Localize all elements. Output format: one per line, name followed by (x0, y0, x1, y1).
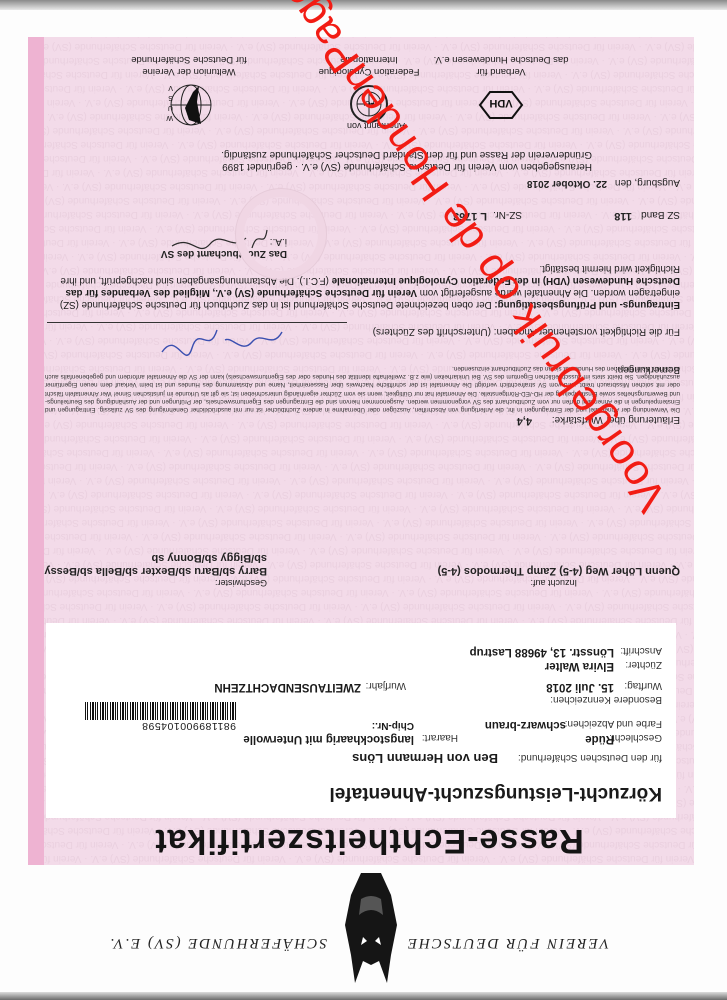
sz-band-value: 118 (614, 210, 632, 222)
whelp-date-label: Wurftag: (624, 680, 662, 691)
wusv-caption-line-2: für Deutsche Schäferhunde (94, 53, 284, 65)
siblings-line-2: sb/Biggy sb/Bonny sb (151, 552, 267, 564)
color-value: schwarz-braun (485, 719, 566, 731)
siblings-line-1: Barry sb/Baru sb/Bexter sb/Bella sb/Bess… (44, 565, 267, 577)
special-marks-label: Besondere Kennzeichen: (550, 694, 662, 705)
sz-number-label: SZ-Nr. (493, 209, 522, 220)
siblings-label: Geschwister: (215, 578, 267, 588)
scan-edge-bottom (0, 0, 727, 10)
breeder-label: Züchter: (625, 659, 662, 670)
whelp-date: 15. Juli 2018 (546, 681, 614, 693)
german-shepherd-head-icon (341, 867, 401, 985)
breeder-name: Elvira Walter (545, 660, 614, 672)
chip-barcode (84, 702, 236, 720)
pink-edge-stripe (28, 37, 44, 865)
remarks-label: Bemerkungen: (615, 364, 680, 375)
dog-for-label: für den Deutschen Schäferhund: (518, 752, 662, 763)
certificate-header: VEREIN FÜR DEUTSCHE SCHÄFERHUNDE (SV) E.… (0, 865, 727, 985)
place-date-prefix: Augsburg, den (615, 177, 680, 188)
vdh-logo-icon: VDH (478, 90, 524, 120)
org-name-right: SCHÄFERHUNDE (SV) E.V. (108, 934, 327, 951)
breeder-address: Lönsstr. 13, 49688 Lastrup (470, 646, 614, 658)
coat-label: Haarart: (422, 732, 458, 743)
scan-edge-top (0, 992, 727, 1000)
chip-label: Chip-Nr.: (372, 720, 414, 731)
issue-date: 22. Oktober 2018 (527, 178, 607, 189)
svg-text:VDH: VDH (489, 97, 512, 109)
svg-text:V: V (168, 84, 173, 91)
chip-number: 981189900104598 (142, 720, 236, 732)
org-name-left: VEREIN FÜR DEUTSCHE (406, 934, 609, 951)
sz-band-label: SZ Band (641, 209, 680, 220)
svg-text:U: U (168, 104, 173, 111)
whelp-year: ZWEITAUSENDACHTZEHN (214, 681, 361, 693)
dog-name: Ben von Hermann Löns (352, 751, 498, 766)
coat-value: langstockhaarig mit Unterwolle (243, 733, 414, 745)
wusv-logo-icon: W U S V (164, 80, 219, 130)
sex-value: Rüde (585, 733, 614, 745)
svg-text:S: S (168, 94, 173, 101)
wusv-caption: Weltunion der Vereine für Deutsche Schäf… (94, 53, 284, 77)
whelp-year-label: Wurfjahr: (366, 680, 406, 691)
sex-label: Geschlecht: (609, 732, 662, 743)
address-label: Anschrift: (620, 645, 662, 656)
inbreeding-label: Inzucht auf: (530, 578, 577, 588)
registration-confirmation: Eintragungs- und Prüfungsbestätigung: De… (45, 262, 680, 310)
embossed-seal (235, 188, 327, 280)
litter-strength-value: 4,4 (517, 415, 532, 427)
wusv-caption-line-1: Weltunion der Vereine (94, 65, 284, 77)
dog-details-box: Körzucht-Leistungszucht-Ahnentafel für d… (46, 623, 676, 818)
color-label: Farbe und Abzeichen: (565, 718, 662, 729)
certificate-title: Rasse-Echtheitszertifikat (44, 821, 694, 860)
inbreeding-value: Quenn Löher Weg (4-5) Zamp Thermodos (4-… (438, 565, 680, 577)
certificate-scan: VEREIN FÜR DEUTSCHE SCHÄFERHUNDE (SV) E.… (0, 0, 727, 1000)
certificate-subtitle: Körzucht-Leistungszucht-Ahnentafel (330, 782, 663, 804)
svg-text:W: W (166, 114, 173, 121)
breeder-signature (157, 320, 287, 360)
